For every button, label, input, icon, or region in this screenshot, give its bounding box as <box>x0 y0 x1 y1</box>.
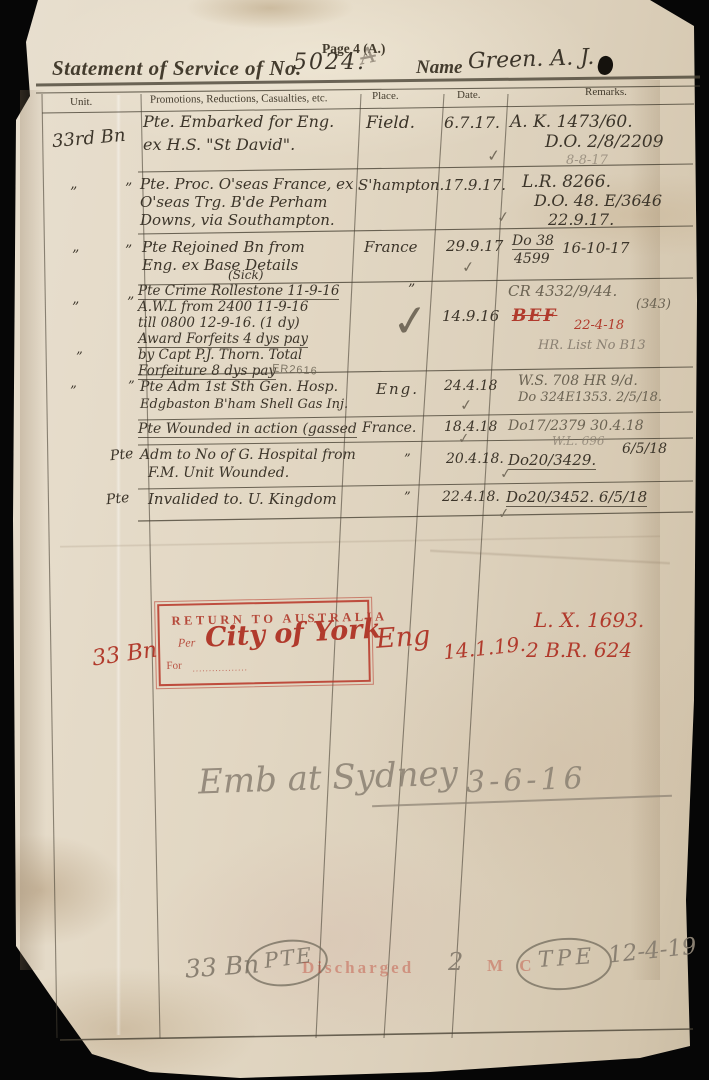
entry-line: Pte Wounded in action (gassed <box>138 421 357 438</box>
remark-line: 16-10-17 <box>562 239 629 257</box>
ditto-mark: ” <box>127 295 134 311</box>
entry-line: O'seas Trg. B'de Perham <box>140 193 327 211</box>
place-cell: Field. <box>366 113 415 133</box>
unit-cell: Pte <box>109 446 134 464</box>
entry-line: Pte Rejoined Bn from <box>142 238 305 256</box>
ditto-mark: ” <box>128 379 135 394</box>
remark-line: W.L. 696 <box>552 434 605 448</box>
entry-line: till 0800 12-9-16. (1 dy) <box>138 315 300 331</box>
date-cell: 22.4.18. <box>442 489 500 505</box>
remark-line: 22.9.17. <box>548 210 614 229</box>
remark-line: Do17/2379 30.4.18 <box>508 418 644 434</box>
check-mark: ✓ <box>499 465 512 482</box>
place-cell-red: Eng <box>375 620 431 655</box>
remark-line: Do 38 <box>512 233 554 250</box>
check-mark: ✓ <box>459 395 473 414</box>
remark-line: D.O. 2/8/2209 <box>545 132 664 152</box>
column-header-remarks: Remarks. <box>585 86 627 98</box>
name-label: Name <box>416 57 462 79</box>
soldier-name: Green. A. J. <box>468 45 595 74</box>
remark-line: W.S. 708 HR 9/d. <box>518 373 638 389</box>
entry-line: Downs, via Southampton. <box>140 211 335 229</box>
ditto-mark: ” <box>76 350 83 365</box>
date-cell: 20.4.18. <box>446 451 504 467</box>
remark-line: Do20/3452. 6/5/18 <box>506 488 647 507</box>
remark-line: 8-8-17 <box>566 153 608 168</box>
ditto-mark: ” <box>72 300 79 316</box>
column-header-place: Place. <box>372 90 399 102</box>
service-number: 5024. <box>293 50 366 75</box>
entry-line: Edgbaston B'ham Shell Gas Inj. <box>140 397 348 412</box>
check-mark: ✓ <box>496 207 510 226</box>
date-cell: 29.9.17 <box>446 237 503 255</box>
entry-line: F.M. Unit Wounded. <box>148 465 289 481</box>
entry-line: ex H.S. "St David". <box>143 135 295 154</box>
place-cell: S'hampton. <box>358 176 444 194</box>
document-title: Statement of Service of No. <box>52 56 302 81</box>
entry-line: Forfeiture 8 dys pay <box>138 363 276 380</box>
discharged-stamp: Discharged <box>302 958 414 978</box>
entry-line: Pte. Embarked for Eng. <box>143 112 334 131</box>
check-mark: ✓ <box>461 257 475 276</box>
remark-line: Do 324E1353. 2/5/18. <box>518 390 662 405</box>
document-page: Page 4 (A.) A Statement of Service of No… <box>0 0 709 1080</box>
remark-line-red: 2 B.R. 624 <box>526 638 632 662</box>
entry-line: Pte Crime Rollestone 11-9-16 <box>138 283 339 300</box>
entry-line: Award Forfeits 4 dys pay <box>138 331 308 348</box>
place-cell: France <box>364 238 417 256</box>
ditto-mark: ” <box>404 490 411 505</box>
ditto-mark: ” <box>70 384 77 399</box>
entry-line: Adm to No of G. Hospital from <box>140 447 356 463</box>
date-cell: 17.9.17. <box>444 176 506 194</box>
bef-date: 22-4-18 <box>574 318 624 333</box>
ditto-mark: ” <box>125 181 132 197</box>
check-mark: ✓ <box>497 505 510 522</box>
remark-line: D.O. 48. E/3646 <box>534 191 662 210</box>
check-mark: ✓ <box>457 430 470 447</box>
entry-line: by Capt P.J. Thorn. Total <box>138 347 302 363</box>
remark-line: 4599 <box>514 251 550 267</box>
number-two: 2 <box>448 948 463 976</box>
place-cell: Eng. <box>376 380 419 398</box>
entry-line: Invalided to. U. Kingdom <box>148 490 337 508</box>
date-cell: 18.4.18 <box>444 419 497 435</box>
stamp-for-label: For <box>166 660 182 672</box>
entry-line: Eng. ex Base Details <box>142 256 298 274</box>
pencil-note-date: 3-6-16 <box>465 761 587 800</box>
ditto-mark: ” <box>72 248 79 264</box>
date-cell: 24.4.18 <box>444 378 497 394</box>
date-cell: 6.7.17. <box>444 113 500 132</box>
remark-line: 6/5/18 <box>622 441 667 457</box>
stamp-per-label: Per <box>178 635 196 650</box>
date-cell: 14.9.16 <box>442 307 499 325</box>
remark-line: (343) <box>636 297 671 312</box>
remark-line: Do20/3429. <box>508 451 596 470</box>
remark-line: A. K. 1473/60. <box>510 112 633 132</box>
remark-line: CR 4332/9/44. <box>508 282 617 300</box>
column-header-promotions: Promotions, Reductions, Casualties, etc. <box>150 92 328 106</box>
bef-annotation: BEF <box>512 306 557 326</box>
remark-line-red: L. X. 1693. <box>534 608 644 632</box>
entry-line: Pte. Proc. O'seas France, ex <box>140 175 354 193</box>
large-check-mark: ✓ <box>389 294 431 349</box>
ditto-mark: ” <box>125 243 132 259</box>
entry-line: (Sick) <box>228 268 263 282</box>
remark-line: L.R. 8266. <box>522 172 611 192</box>
entry-line: Pte Adm 1st Sth Gen. Hosp. <box>140 379 338 395</box>
unit-cell: Pte <box>105 490 130 508</box>
check-mark: ✓ <box>486 145 501 165</box>
column-header-date: Date. <box>457 89 481 101</box>
stamp-for-dots: ................. <box>192 662 247 673</box>
ditto-mark: ” <box>70 185 77 201</box>
column-header-unit: Unit. <box>70 96 92 108</box>
place-cell: France. <box>362 420 416 436</box>
rank-tpe: TPE <box>537 944 596 973</box>
ditto-mark: ” <box>404 452 411 467</box>
entry-line: A.W.L from 2400 11-9-16 <box>138 299 309 315</box>
hr-list-note: HR. List No B13 <box>538 338 646 353</box>
